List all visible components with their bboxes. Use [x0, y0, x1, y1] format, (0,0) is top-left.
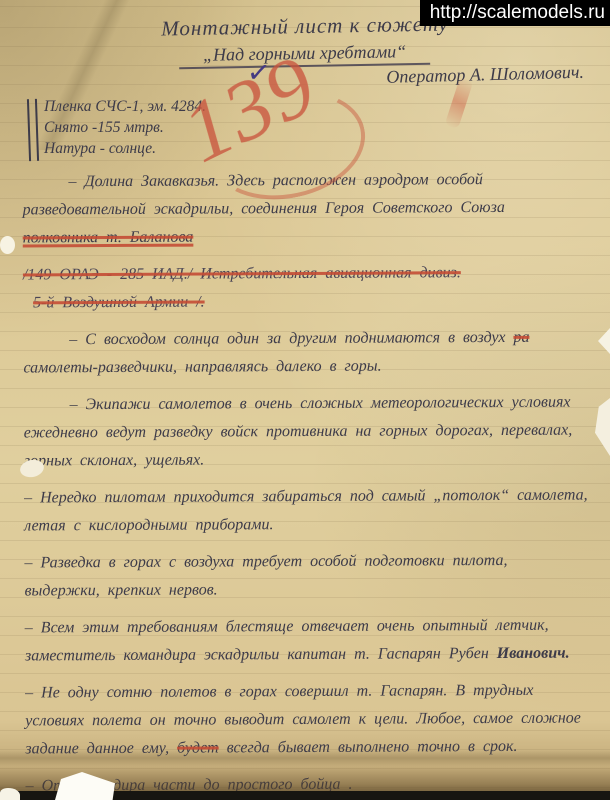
- lighting-line: Натура - солнце.: [44, 138, 324, 159]
- red-struck-text: 5-й Воздушной Армии /.: [33, 287, 587, 318]
- margin-double-stroke: [27, 99, 39, 161]
- emphasized-name: Иванович.: [497, 645, 570, 662]
- red-struck-text: /149 ОРАЭ - 285 ИАД./ Истребительная ави…: [23, 259, 587, 290]
- text-run: самолеты-разведчики, направляясь далеко …: [23, 358, 381, 377]
- story-title-underlined: „Над горными хребтами“: [179, 41, 431, 69]
- text-run: – Всем этим требованиям блестяще отвечае…: [25, 617, 549, 665]
- text-run: – Долина Закавказья. Здесь расположен аэ…: [23, 171, 505, 218]
- paragraph-gasparyan-flights: – Не одну сотню полетов в горах совершил…: [25, 677, 589, 764]
- paragraph-unit-designation-struck: /149 ОРАЭ - 285 ИАД./ Истребительная ави…: [23, 259, 587, 318]
- red-struck-text: будет: [177, 739, 219, 756]
- paragraph-recon-skill: – Разведка в горах с воздуха требует осо…: [24, 547, 588, 606]
- manuscript-body: – Долина Закавказья. Здесь расположен аэ…: [0, 157, 610, 800]
- film-stock-line: Пленка СЧС-1, эм. 4284.: [44, 96, 324, 117]
- red-struck-text: полковника т. Баланова: [23, 229, 194, 247]
- paragraph-crews: – Экипажи самолетов в очень сложных мете…: [24, 389, 588, 476]
- paragraph-gasparyan-intro: – Всем этим требованиям блестяще отвечае…: [25, 612, 589, 671]
- watermark-bar: http://scalemodels.ru: [420, 0, 610, 26]
- red-struck-text: ра: [513, 329, 529, 346]
- scanned-manuscript-page: http://scalemodels.ru 139 ✓ Монтажный ли…: [0, 0, 610, 800]
- text-run: – С восходом солнца один за другим подни…: [69, 329, 513, 348]
- text-run: всегда бывает выполнено точно в срок.: [219, 738, 518, 757]
- paragraph-ceiling: – Нередко пилотам приходится забираться …: [24, 482, 588, 541]
- torn-corner-patch: [0, 788, 20, 800]
- paper-hole: [0, 236, 15, 254]
- paragraph-sunrise: – С восходом солнца один за другим подни…: [23, 324, 587, 383]
- paragraph-aerodrome: – Долина Закавказья. Здесь расположен аэ…: [22, 166, 586, 253]
- footage-line: Снято -155 мтрв.: [44, 117, 324, 138]
- film-info-block: Пленка СЧС-1, эм. 4284. Снято -155 мтрв.…: [44, 96, 324, 159]
- watermark-url: http://scalemodels.ru: [430, 2, 605, 24]
